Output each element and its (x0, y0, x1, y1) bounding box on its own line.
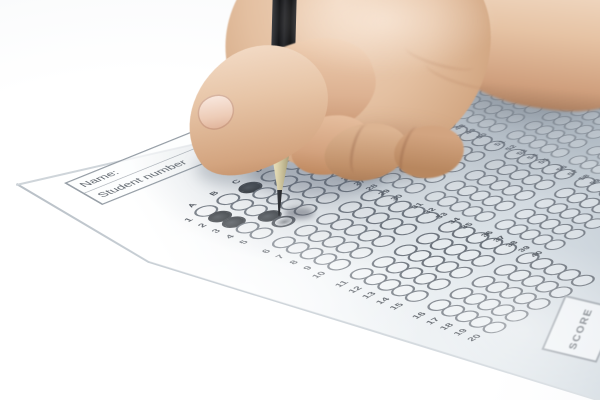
pencil-graphite-tip (267, 190, 292, 217)
question-number: 15 (383, 302, 407, 314)
question-number: 30 (384, 194, 405, 204)
question-number: 35 (454, 222, 475, 232)
question-number: 55 (533, 158, 552, 167)
score-label: SCORE (566, 307, 595, 351)
photo-scene: Name: Student number ABCDE12345678910111… (0, 0, 600, 400)
question-number: 50 (471, 133, 490, 142)
question-number: 20 (460, 334, 484, 346)
question-number: 10 (305, 271, 329, 283)
question-number: 40 (524, 250, 545, 260)
question-number: 5 (227, 239, 251, 251)
